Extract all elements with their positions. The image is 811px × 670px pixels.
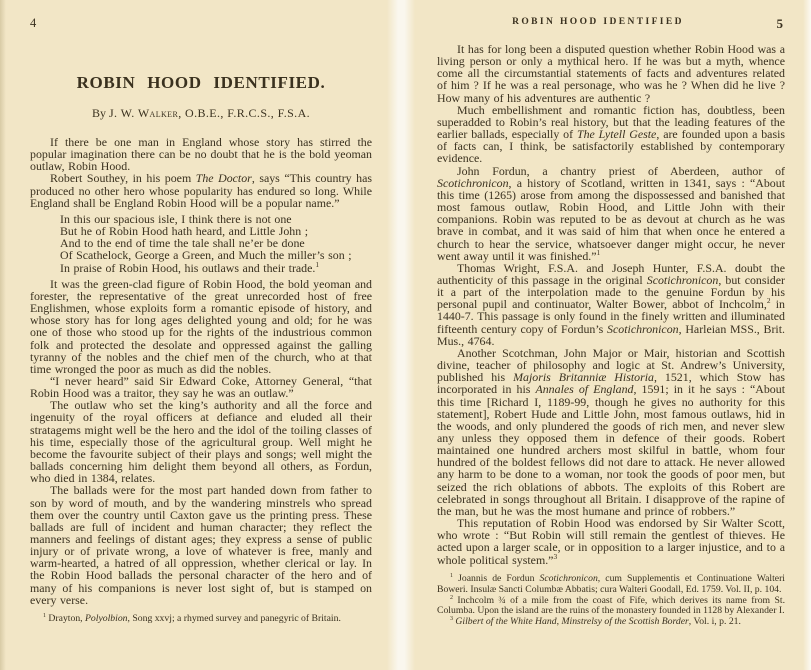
running-header-title: ROBIN HOOD IDENTIFIED (437, 17, 759, 27)
right-page-footnotes: 1 Joannis de Fordun Scotichronicon, cum … (437, 574, 785, 629)
left-page-footnotes: 1 Drayton, Polyolbion, Song xxvj; a rhym… (30, 614, 372, 625)
paragraph: The outlaw who set the king’s authority … (30, 399, 372, 484)
page-number-left: 4 (30, 16, 372, 31)
byline-prefix: By (92, 106, 109, 120)
paragraph: This reputation of Robin Hood was endors… (437, 517, 785, 566)
paragraph: It was the green-clad figure of Robin Ho… (30, 278, 372, 375)
paragraph: John Fordun, a chantry priest of Aberdee… (437, 165, 785, 262)
book-spread: 4 ROBIN HOOD IDENTIFIED. By J. W. Walker… (0, 0, 811, 670)
article-byline: By J. W. Walker, O.B.E., F.R.C.S., F.S.A… (30, 106, 372, 121)
byline-author: J. W. Walker, O.B.E., F.R.C.S., F.S.A. (109, 106, 310, 120)
poem-line: In praise of Robin Hood, his outlaws and… (60, 262, 372, 274)
paragraph: Another Scotchman, John Major or Mair, h… (437, 347, 785, 517)
paragraph: The ballads were for the most part hande… (30, 484, 372, 606)
article-title: ROBIN HOOD IDENTIFIED. (30, 73, 372, 93)
left-body-intro: If there be one man in England whose sto… (30, 136, 372, 209)
paragraph: It has for long been a disputed question… (437, 43, 785, 104)
page-number-right: 5 (777, 16, 784, 32)
footnote: 2 Inchcolm ¾ of a mile from the coast of… (437, 596, 785, 618)
poem-quote: In this our spacious isle, I think there… (60, 213, 372, 274)
paragraph: Robert Southey, in his poem The Doctor, … (30, 172, 372, 208)
footnote: 1 Joannis de Fordun Scotichronicon, cum … (437, 574, 785, 596)
poem-line: Of Scathelock, George a Green, and Much … (60, 249, 372, 261)
footnote: 3 Gilbert of the White Hand, Minstrelsy … (437, 617, 785, 628)
paragraph: “I never heard” said Sir Edward Coke, At… (30, 375, 372, 399)
footnote: 1 Drayton, Polyolbion, Song xxvj; a rhym… (30, 614, 372, 625)
paragraph: If there be one man in England whose sto… (30, 136, 372, 172)
left-body-continued: It was the green-clad figure of Robin Ho… (30, 278, 372, 606)
paragraph: Much embellishment and romantic fiction … (437, 104, 785, 165)
right-page-body: It has for long been a disputed question… (437, 43, 785, 566)
running-header-row: ROBIN HOOD IDENTIFIED 5 (437, 16, 785, 31)
right-page: ROBIN HOOD IDENTIFIED 5 It has for long … (406, 0, 811, 670)
left-page: 4 ROBIN HOOD IDENTIFIED. By J. W. Walker… (0, 0, 406, 670)
left-page-body: If there be one man in England whose sto… (30, 136, 372, 606)
paragraph: Thomas Wright, F.S.A. and Joseph Hunter,… (437, 262, 785, 347)
